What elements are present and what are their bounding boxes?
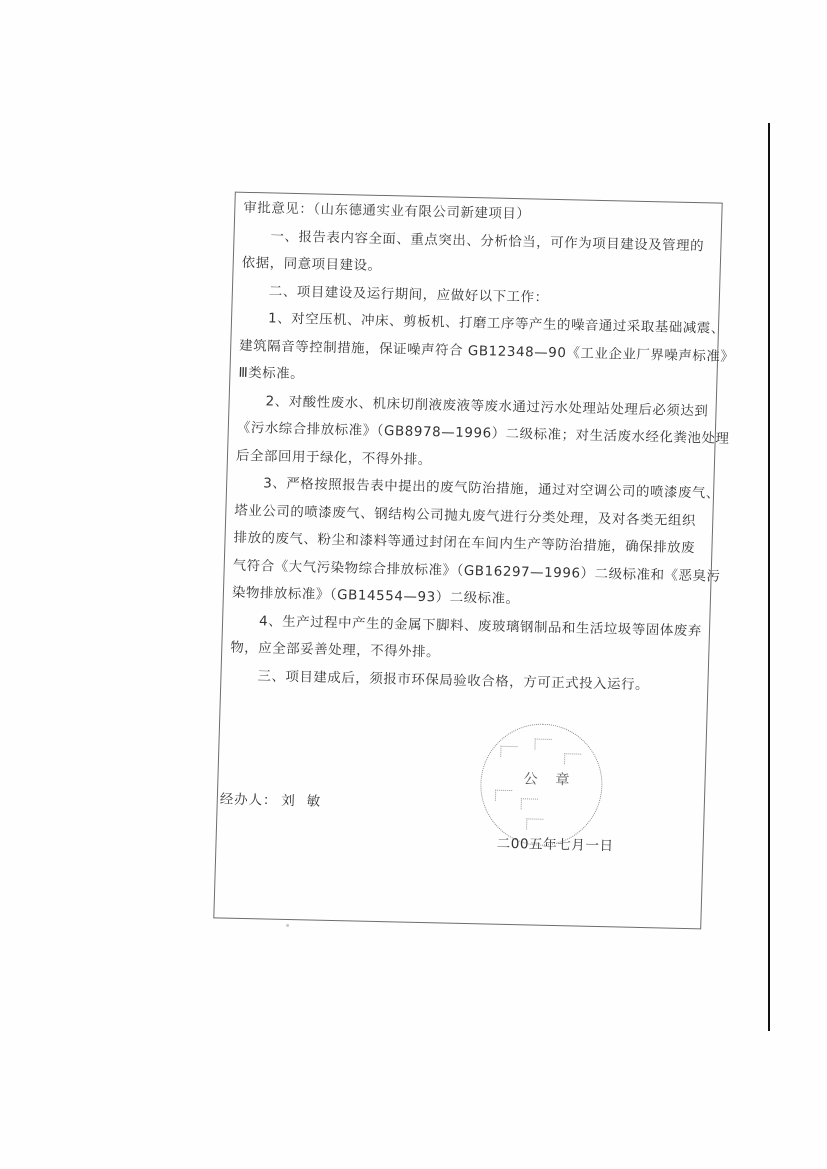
- official-seal-stamp: 公章: [479, 722, 605, 847]
- approval-opinion-box: 审批意见：（山东德通实业有限公司新建项目） 一、报告表内容全面、重点突出、分析恰…: [213, 192, 722, 930]
- seal-mark: [521, 798, 538, 809]
- scanned-page: 审批意见：（山东德通实业有限公司新建项目） 一、报告表内容全面、重点突出、分析恰…: [0, 0, 827, 1169]
- approval-date: 二00五年七月一日: [496, 832, 614, 855]
- seal-mark: [495, 790, 512, 801]
- handler-label: 经办人：: [220, 792, 278, 808]
- scan-smudge: [286, 924, 289, 927]
- seal-mark: [526, 818, 543, 829]
- seal-mark: [564, 753, 581, 764]
- binding-margin-line: [768, 123, 770, 1031]
- seal-mark: [500, 746, 517, 757]
- seal-mark: [534, 739, 551, 750]
- seal-text: 公章: [523, 768, 588, 789]
- handler-name: 刘敏: [281, 794, 332, 810]
- handler-signature: 经办人：刘敏: [220, 788, 333, 810]
- approval-text: 审批意见：（山东德通实业有限公司新建项目） 一、报告表内容全面、重点突出、分析恰…: [229, 195, 716, 701]
